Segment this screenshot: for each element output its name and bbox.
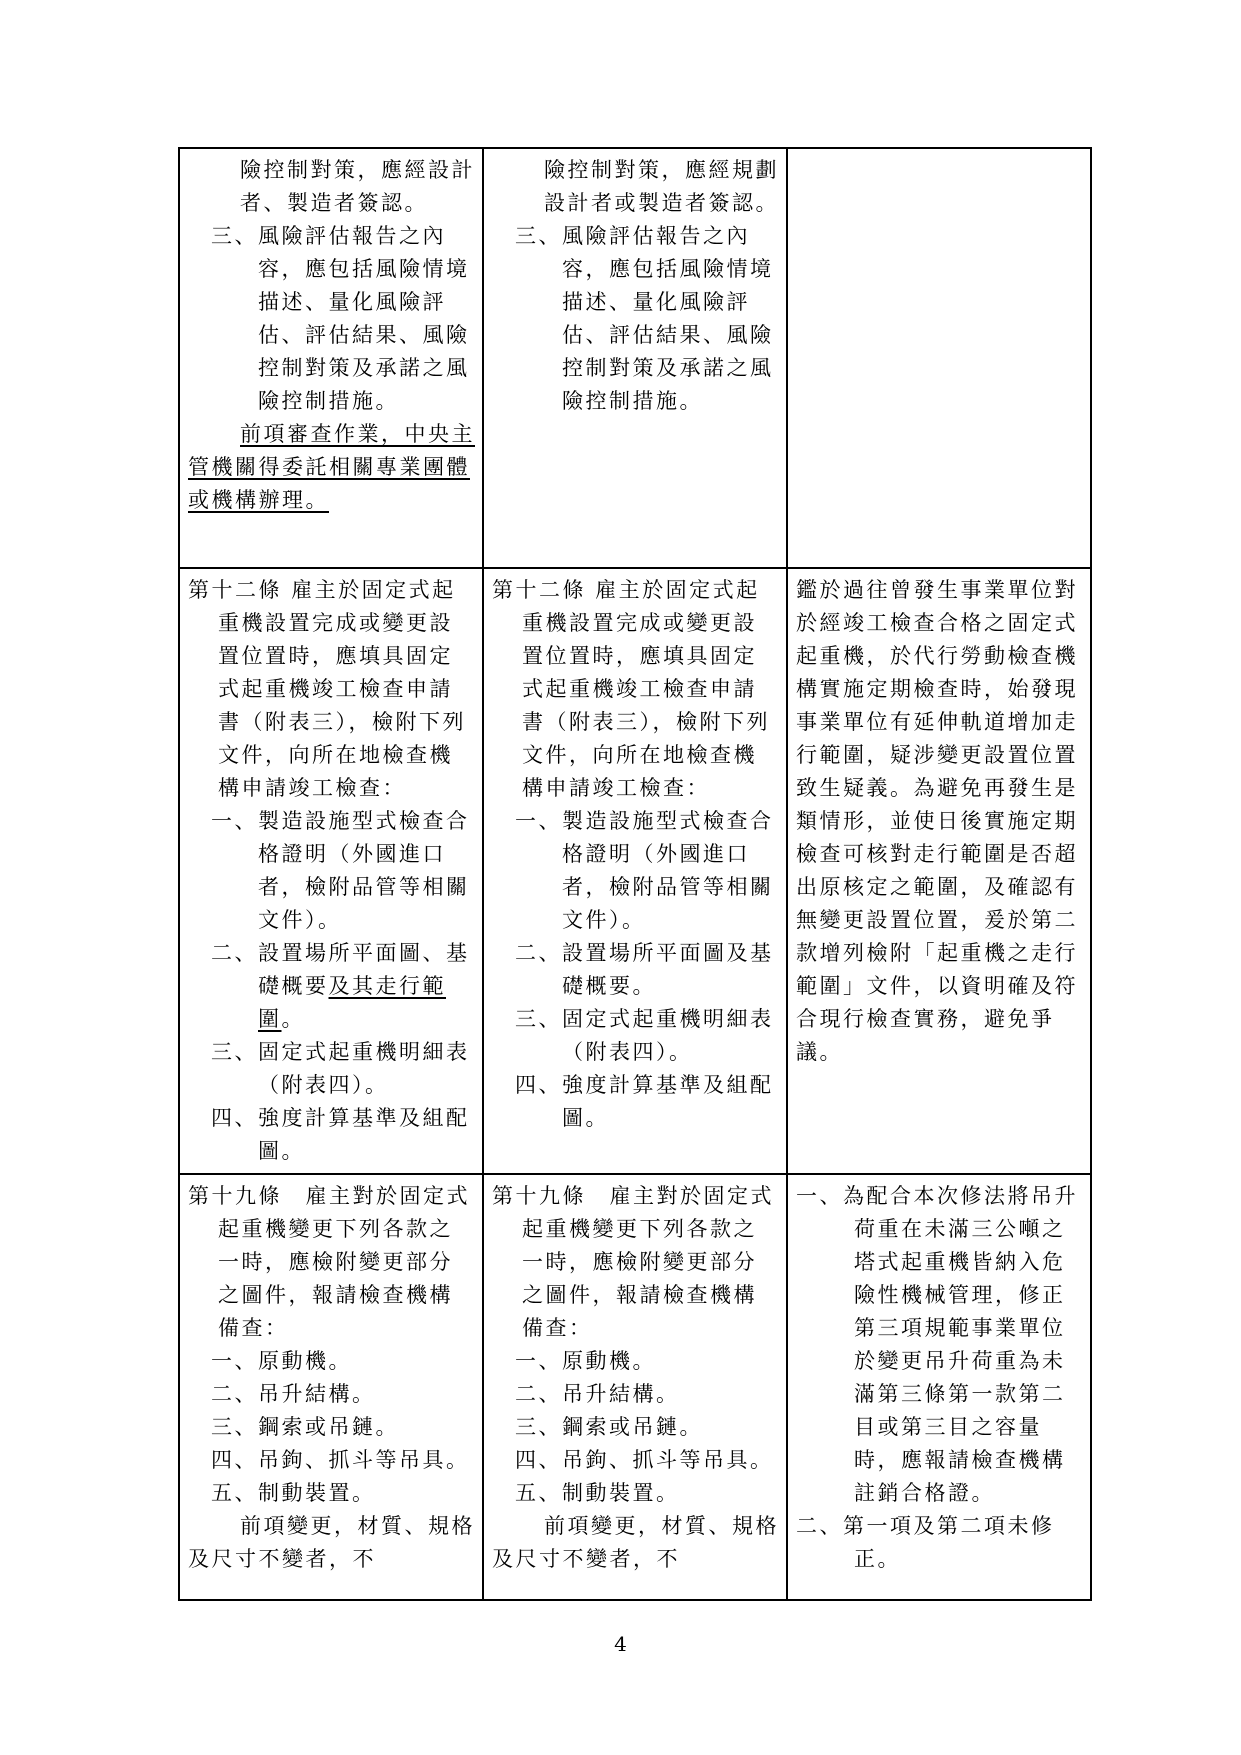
paragraph: 第十九條 雇主對於固定式起重機變更下列各款之一時，應檢附變更部分之圖件，報請檢查… [492, 1180, 780, 1345]
text-segment: 二、第一項及第二項未修正。 [796, 1514, 1055, 1571]
paragraph: 三、固定式起重機明細表（附表四）。 [188, 1036, 476, 1102]
text-segment: 一、製造設施型式檢查合格證明（外國進口者，檢附品管等相關文件）。 [515, 809, 774, 932]
table-row-1: 險控制對策，應經設計者、製造者簽認。三、風險評估報告之內容，應包括風險情境描述、… [179, 148, 1091, 568]
text-segment: 二、吊升結構。 [515, 1382, 680, 1406]
paragraph: 一、製造設施型式檢查合格證明（外國進口者，檢附品管等相關文件）。 [188, 805, 476, 937]
paragraph: 一、原動機。 [188, 1345, 476, 1378]
paragraph: 四、吊鉤、抓斗等吊具。 [492, 1444, 780, 1477]
text-segment: 五、制動裝置。 [211, 1481, 376, 1505]
table-cell-r3-c1: 第十九條 雇主對於固定式起重機變更下列各款之一時，應檢附變更部分之圖件，報請檢查… [179, 1174, 483, 1600]
paragraph: 二、設置場所平面圖及基礎概要。 [492, 937, 780, 1003]
text-segment: 四、吊鉤、抓斗等吊具。 [211, 1448, 470, 1472]
paragraph: 第十九條 雇主對於固定式起重機變更下列各款之一時，應檢附變更部分之圖件，報請檢查… [188, 1180, 476, 1345]
paragraph: 前項變更，材質、規格及尺寸不變者，不 [188, 1510, 476, 1576]
text-segment: 。 [282, 1007, 306, 1031]
paragraph: 五、制動裝置。 [492, 1477, 780, 1510]
paragraph: 二、吊升結構。 [492, 1378, 780, 1411]
text-segment: 第十九條 雇主對於固定式起重機變更下列各款之一時，應檢附變更部分之圖件，報請檢查… [188, 1184, 470, 1340]
text-segment: 三、固定式起重機明細表（附表四）。 [515, 1007, 774, 1064]
paragraph: 三、風險評估報告之內容，應包括風險情境描述、量化風險評估、評估結果、風險控制對策… [188, 220, 476, 418]
paragraph: 四、吊鉤、抓斗等吊具。 [188, 1444, 476, 1477]
paragraph: 二、設置場所平面圖、基礎概要及其走行範圍。 [188, 937, 476, 1036]
paragraph: 前項審查作業，中央主管機關得委託相關專業團體或機構辦理。 [188, 418, 476, 517]
text-segment: 二、吊升結構。 [211, 1382, 376, 1406]
text-segment: 三、鋼索或吊鏈。 [211, 1415, 399, 1439]
table-cell-r3-c3: 一、為配合本次修法將吊升荷重在未滿三公噸之塔式起重機皆納入危險性機械管理，修正第… [787, 1174, 1091, 1600]
table-row-2: 第十二條 雇主於固定式起重機設置完成或變更設置位置時，應填具固定式起重機竣工檢查… [179, 568, 1091, 1174]
text-segment: 前項變更，材質、規格及尺寸不變者，不 [188, 1514, 475, 1571]
text-segment: 三、固定式起重機明細表（附表四）。 [211, 1040, 470, 1097]
paragraph: 四、強度計算基準及組配圖。 [188, 1102, 476, 1168]
paragraph: 一、為配合本次修法將吊升荷重在未滿三公噸之塔式起重機皆納入危險性機械管理，修正第… [796, 1180, 1084, 1510]
paragraph: 鑑於過往曾發生事業單位對於經竣工檢查合格之固定式起重機，於代行勞動檢查機構實施定… [796, 574, 1084, 1069]
table-cell-r1-c1: 險控制對策，應經設計者、製造者簽認。三、風險評估報告之內容，應包括風險情境描述、… [179, 148, 483, 568]
paragraph: 第十二條 雇主於固定式起重機設置完成或變更設置位置時，應填具固定式起重機竣工檢查… [492, 574, 780, 805]
paragraph: 二、吊升結構。 [188, 1378, 476, 1411]
comparison-table: 險控制對策，應經設計者、製造者簽認。三、風險評估報告之內容，應包括風險情境描述、… [178, 147, 1092, 1601]
text-segment: 險控制對策，應經設計者、製造者簽認。 [240, 158, 475, 215]
text-segment: 鑑於過往曾發生事業單位對於經竣工檢查合格之固定式起重機，於代行勞動檢查機構實施定… [796, 578, 1078, 1064]
table-cell-r2-c1: 第十二條 雇主於固定式起重機設置完成或變更設置位置時，應填具固定式起重機竣工檢查… [179, 568, 483, 1174]
paragraph: 三、鋼索或吊鏈。 [188, 1411, 476, 1444]
table-cell-r1-c2: 險控制對策，應經規劃設計者或製造者簽認。三、風險評估報告之內容，應包括風險情境描… [483, 148, 787, 568]
text-segment: 第十九條 雇主對於固定式起重機變更下列各款之一時，應檢附變更部分之圖件，報請檢查… [492, 1184, 774, 1340]
text-segment: 一、製造設施型式檢查合格證明（外國進口者，檢附品管等相關文件）。 [211, 809, 470, 932]
paragraph: 第十二條 雇主於固定式起重機設置完成或變更設置位置時，應填具固定式起重機竣工檢查… [188, 574, 476, 805]
underlined-text-segment: 前項審查作業，中央主管機關得委託相關專業團體或機構辦理。 [188, 422, 475, 512]
paragraph: 險控制對策，應經規劃設計者或製造者簽認。 [492, 154, 780, 220]
paragraph: 二、第一項及第二項未修正。 [796, 1510, 1084, 1576]
paragraph: 五、制動裝置。 [188, 1477, 476, 1510]
paragraph: 險控制對策，應經設計者、製造者簽認。 [188, 154, 476, 220]
paragraph: 三、固定式起重機明細表（附表四）。 [492, 1003, 780, 1069]
text-segment: 三、鋼索或吊鏈。 [515, 1415, 703, 1439]
table-cell-r1-c3 [787, 148, 1091, 568]
paragraph: 四、強度計算基準及組配圖。 [492, 1069, 780, 1135]
text-segment: 三、風險評估報告之內容，應包括風險情境描述、量化風險評估、評估結果、風險控制對策… [515, 224, 774, 413]
text-segment: 四、強度計算基準及組配圖。 [211, 1106, 470, 1163]
text-segment: 一、為配合本次修法將吊升荷重在未滿三公噸之塔式起重機皆納入危險性機械管理，修正第… [796, 1184, 1078, 1505]
paragraph: 前項變更，材質、規格及尺寸不變者，不 [492, 1510, 780, 1576]
text-segment: 第十二條 雇主於固定式起重機設置完成或變更設置位置時，應填具固定式起重機竣工檢查… [188, 578, 466, 800]
table-cell-r3-c2: 第十九條 雇主對於固定式起重機變更下列各款之一時，應檢附變更部分之圖件，報請檢查… [483, 1174, 787, 1600]
text-segment: 險控制對策，應經規劃設計者或製造者簽認。 [544, 158, 779, 215]
table-cell-r2-c2: 第十二條 雇主於固定式起重機設置完成或變更設置位置時，應填具固定式起重機竣工檢查… [483, 568, 787, 1174]
text-segment: 二、設置場所平面圖及基礎概要。 [515, 941, 774, 998]
paragraph: 三、風險評估報告之內容，應包括風險情境描述、量化風險評估、評估結果、風險控制對策… [492, 220, 780, 418]
table-row-3: 第十九條 雇主對於固定式起重機變更下列各款之一時，應檢附變更部分之圖件，報請檢查… [179, 1174, 1091, 1600]
text-segment: 三、風險評估報告之內容，應包括風險情境描述、量化風險評估、評估結果、風險控制對策… [211, 224, 470, 413]
text-segment: 一、原動機。 [515, 1349, 656, 1373]
paragraph: 一、製造設施型式檢查合格證明（外國進口者，檢附品管等相關文件）。 [492, 805, 780, 937]
table-cell-r2-c3: 鑑於過往曾發生事業單位對於經竣工檢查合格之固定式起重機，於代行勞動檢查機構實施定… [787, 568, 1091, 1174]
paragraph: 一、原動機。 [492, 1345, 780, 1378]
paragraph: 三、鋼索或吊鏈。 [492, 1411, 780, 1444]
text-segment: 前項變更，材質、規格及尺寸不變者，不 [492, 1514, 779, 1571]
text-segment: 四、強度計算基準及組配圖。 [515, 1073, 774, 1130]
text-segment: 五、制動裝置。 [515, 1481, 680, 1505]
text-segment: 四、吊鉤、抓斗等吊具。 [515, 1448, 774, 1472]
page-number: 4 [0, 1632, 1241, 1656]
text-segment: 第十二條 雇主於固定式起重機設置完成或變更設置位置時，應填具固定式起重機竣工檢查… [492, 578, 770, 800]
text-segment: 一、原動機。 [211, 1349, 352, 1373]
